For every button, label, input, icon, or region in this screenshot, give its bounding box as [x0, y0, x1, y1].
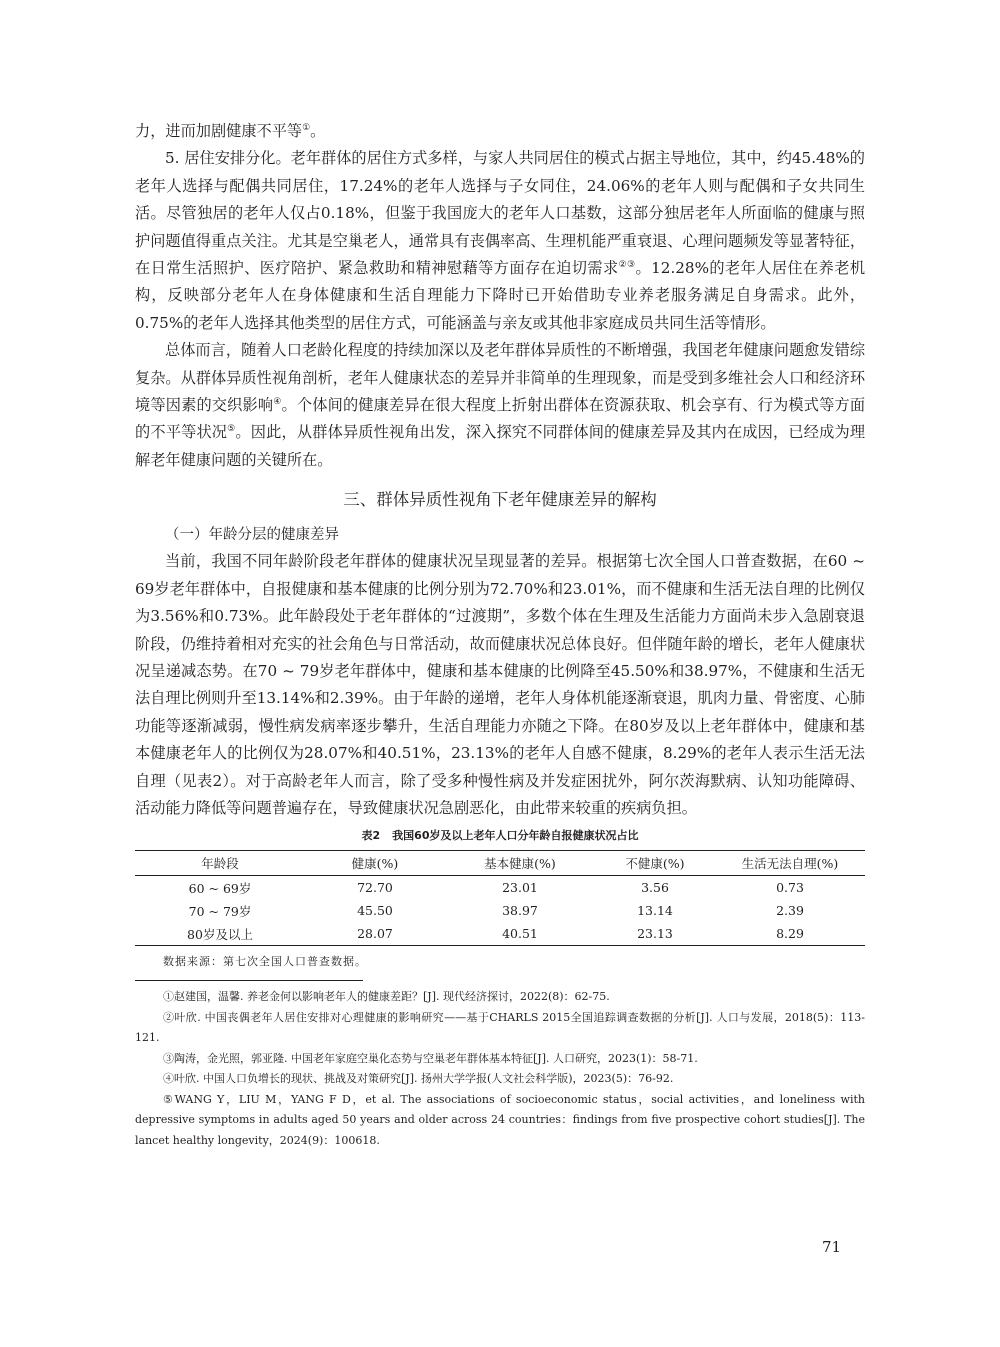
footnote-5: ⑤WANG Y，LIU M，YANG F D，et al. The associ…	[135, 1090, 865, 1152]
cell-unable-self-care: 8.29	[715, 922, 865, 946]
cell-basically-healthy: 38.97	[445, 899, 595, 922]
cell-basically-healthy: 23.01	[445, 876, 595, 900]
column-header-age-group: 年龄段	[135, 851, 305, 876]
table-title: 我国60岁及以上老年人口分年龄自报健康状况占比	[392, 829, 638, 842]
footnote-ref[interactable]: ②③	[619, 260, 636, 270]
cell-unhealthy: 13.14	[595, 899, 715, 922]
table-label: 表2	[362, 829, 381, 842]
cell-unhealthy: 23.13	[595, 922, 715, 946]
paragraph-summary: 总体而言，随着人口老龄化程度的持续加深以及老年群体异质性的不断增强，我国老年健康…	[135, 337, 865, 474]
cell-unhealthy: 3.56	[595, 876, 715, 900]
table-row: 80岁及以上 28.07 40.51 23.13 8.29	[135, 922, 865, 946]
table-row: 60 ~ 69岁 72.70 23.01 3.56 0.73	[135, 876, 865, 900]
footnotes: ①赵建国，温馨. 养老金何以影响老年人的健康差距？[J]. 现代经济探讨，202…	[135, 987, 865, 1151]
cell-basically-healthy: 40.51	[445, 922, 595, 946]
paragraph-text: 力，进而加剧健康不平等	[135, 122, 302, 140]
paragraph-age-differences: 当前，我国不同年龄阶段老年群体的健康状况呈现显著的差异。根据第七次全国人口普查数…	[135, 548, 865, 822]
column-header-unable-self-care: 生活无法自理(%)	[715, 851, 865, 876]
column-header-unhealthy: 不健康(%)	[595, 851, 715, 876]
column-header-basically-healthy: 基本健康(%)	[445, 851, 595, 876]
footnote-ref[interactable]: ④	[273, 397, 281, 407]
footnote-2: ②叶欣. 中国丧偶老年人居住安排对心理健康的影响研究——基于CHARLS 201…	[135, 1008, 865, 1049]
cell-unable-self-care: 0.73	[715, 876, 865, 900]
paragraph-text: 5. 居住安排分化。老年群体的居住方式多样，与家人共同居住的模式占据主导地位，其…	[135, 149, 865, 277]
footnote-3: ③陶涛，金光照，郭亚隆. 中国老年家庭空巢化态势与空巢老年群体基本特征[J]. …	[135, 1049, 865, 1070]
table-header-row: 年龄段 健康(%) 基本健康(%) 不健康(%) 生活无法自理(%)	[135, 851, 865, 876]
cell-age-group: 80岁及以上	[135, 922, 305, 946]
section-title: 三、群体异质性视角下老年健康差异的解构	[135, 488, 865, 512]
paragraph-continuation: 力，进而加剧健康不平等①。	[135, 118, 865, 145]
subsection-title: （一）年龄分层的健康差异	[165, 522, 865, 548]
health-status-table: 年龄段 健康(%) 基本健康(%) 不健康(%) 生活无法自理(%) 60 ~ …	[135, 850, 865, 946]
page-number: 71	[822, 1238, 841, 1256]
cell-age-group: 70 ~ 79岁	[135, 899, 305, 922]
cell-healthy: 72.70	[305, 876, 445, 900]
cell-unable-self-care: 2.39	[715, 899, 865, 922]
table-caption: 表2我国60岁及以上老年人口分年龄自报健康状况占比	[135, 826, 865, 846]
footnote-divider	[135, 980, 363, 981]
footnote-4: ④叶欣. 中国人口负增长的现状、挑战及对策研究[J]. 扬州大学学报(人文社会科…	[135, 1069, 865, 1090]
paragraph-text: 。因此，从群体异质性视角出发，深入探究不同群体间的健康差异及其内在成因，已经成为…	[135, 423, 865, 468]
footnote-ref[interactable]: ①	[302, 123, 310, 133]
cell-healthy: 28.07	[305, 922, 445, 946]
page-content: 力，进而加剧健康不平等①。 5. 居住安排分化。老年群体的居住方式多样，与家人共…	[135, 118, 865, 1151]
cell-age-group: 60 ~ 69岁	[135, 876, 305, 900]
cell-healthy: 45.50	[305, 899, 445, 922]
column-header-healthy: 健康(%)	[305, 851, 445, 876]
paragraph-text: 。	[310, 122, 325, 140]
paragraph-living-arrangements: 5. 居住安排分化。老年群体的居住方式多样，与家人共同居住的模式占据主导地位，其…	[135, 145, 865, 337]
table-source-note: 数据来源：第七次全国人口普查数据。	[163, 952, 865, 972]
footnote-1: ①赵建国，温馨. 养老金何以影响老年人的健康差距？[J]. 现代经济探讨，202…	[135, 987, 865, 1008]
table-row: 70 ~ 79岁 45.50 38.97 13.14 2.39	[135, 899, 865, 922]
